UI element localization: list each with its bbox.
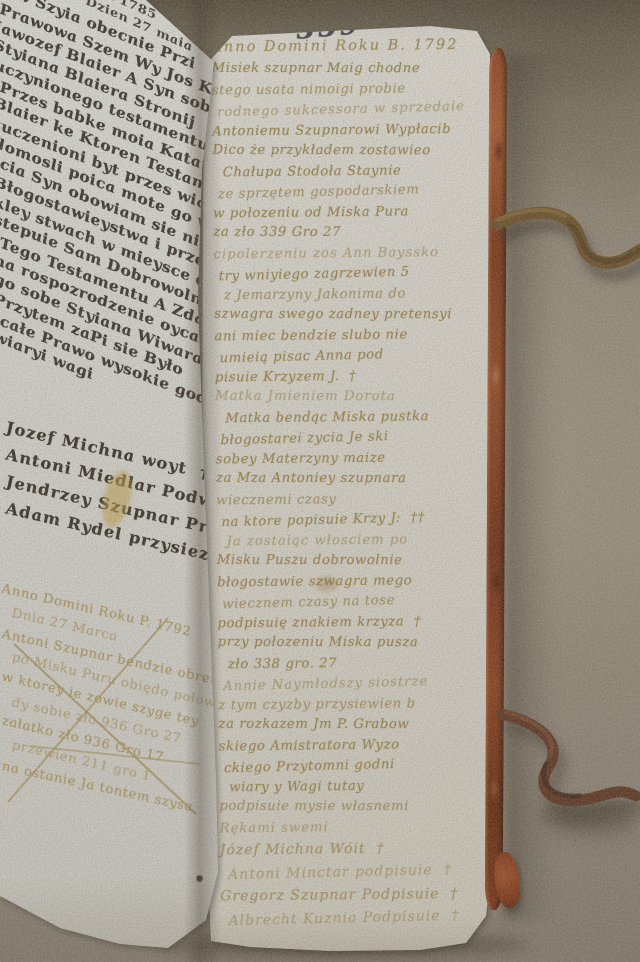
gutter-shadow (184, 0, 222, 962)
leather-strap-lower (490, 652, 640, 852)
photo-scene: 339 Anno Domini Roku B. 1792 Misiek szup… (0, 0, 640, 962)
leather-strap-upper (497, 190, 640, 320)
left-page-signatures: Jozef Michna woyt †Antoni Miedlar Podwot… (6, 413, 306, 590)
crossout-strokes (0, 596, 210, 846)
